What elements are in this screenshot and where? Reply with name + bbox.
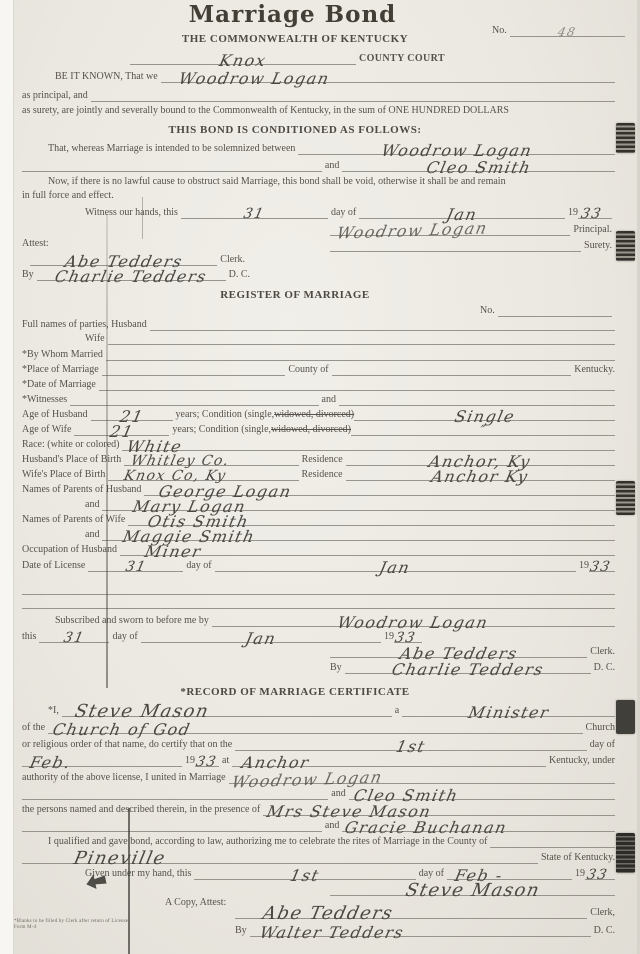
be-it-known-label: BE IT KNOWN, That we bbox=[55, 70, 161, 83]
husband-residence-label: Residence bbox=[299, 453, 346, 466]
cert-dayof-label: day of bbox=[587, 738, 615, 751]
minister-row: *I, Steve Mason a Minister bbox=[48, 702, 615, 717]
county-line-2 bbox=[332, 360, 572, 376]
footnote: *Blanks to be filled by Clerk after retu… bbox=[14, 919, 184, 931]
county-state-row: Pineville State of Kentucky. bbox=[22, 849, 615, 864]
given-year-handwriting: 33 bbox=[585, 869, 609, 882]
place-label: *Place of Marriage bbox=[22, 363, 102, 376]
cert-and-label: and bbox=[328, 787, 348, 800]
bond-deputy-handwriting: Charlie Tedders bbox=[54, 270, 208, 283]
husband-birth-row: Husband's Place of Birth Whitley Co. Res… bbox=[22, 451, 615, 466]
qualified-row: I qualified and gave bond, according to … bbox=[48, 833, 615, 848]
authority-clause: authority of the above license, I united… bbox=[22, 771, 229, 784]
husband-birth-handwriting: Whitley Co. bbox=[130, 455, 231, 468]
void-clause-2: in full force and effect. bbox=[22, 189, 114, 202]
this-label: this bbox=[22, 630, 39, 643]
copy-attest-label: A Copy, Attest: bbox=[165, 896, 226, 909]
mother-husband-and: and bbox=[85, 498, 102, 511]
given-day-line: 1st bbox=[194, 864, 415, 880]
occupation-line: Miner bbox=[120, 540, 615, 556]
register-dc-label: D. C. bbox=[591, 661, 615, 674]
given-year-line: 33 bbox=[585, 864, 615, 880]
license-year-handwriting: 33 bbox=[589, 561, 613, 574]
register-deputy-row: By Charlie Tedders D. C. bbox=[330, 659, 615, 674]
wife-birth-row: Wife's Place of Birth Knox Co, Ky Reside… bbox=[22, 466, 615, 481]
date-of-marriage-row: *Date of Marriage bbox=[22, 376, 615, 391]
cert-deputy-handwriting: Walter Tedders bbox=[259, 926, 406, 939]
given-year-prefix: 19 bbox=[572, 867, 585, 880]
witness2-handwriting: Gracie Buchanan bbox=[344, 821, 509, 834]
given-dayof-label: day of bbox=[416, 867, 447, 880]
father-husband-line: George Logan bbox=[144, 480, 615, 496]
register-heading: REGISTER OF MARRIAGE bbox=[0, 289, 590, 301]
witness-year-handwriting: 33 bbox=[579, 208, 603, 221]
qualified-county-line bbox=[490, 832, 615, 848]
condition-husband-struck: widowed, divorced) bbox=[274, 408, 354, 421]
register-clerk-label: Clerk. bbox=[587, 645, 615, 658]
mother-wife-row: and Maggie Smith bbox=[85, 526, 615, 541]
husband-birth-line: Whitley Co. bbox=[124, 450, 298, 466]
cert-at-label: at bbox=[219, 754, 232, 767]
given-day-handwriting: 1st bbox=[289, 869, 321, 882]
age-wife-label: Age of Wife bbox=[22, 423, 74, 436]
whereas-row: That, whereas Marriage is intended to be… bbox=[48, 140, 615, 155]
of-the-label: of the bbox=[22, 721, 48, 734]
cert-year-handwriting: 33 bbox=[195, 756, 219, 769]
condition-husband-handwriting: Single bbox=[453, 410, 516, 423]
county-court-label: COUNTY COURT bbox=[356, 52, 445, 65]
state-label: State of Kentucky. bbox=[538, 851, 615, 864]
whereas-label: That, whereas Marriage is intended to be… bbox=[48, 142, 298, 155]
license-label: Date of License bbox=[22, 559, 88, 572]
kentucky-under-label: Kentucky, under bbox=[546, 754, 615, 767]
by-whom-line bbox=[106, 345, 615, 361]
cert-day-handwriting: 1st bbox=[395, 740, 427, 753]
cert-place-handwriting: Anchor bbox=[240, 756, 310, 769]
cert-deputy-row: By Walter Tedders D. C. bbox=[235, 922, 615, 937]
minister-name-handwriting: Steve Mason bbox=[74, 705, 211, 718]
mother-wife-line: Maggie Smith bbox=[102, 525, 615, 541]
age-wife-line: 21 bbox=[74, 420, 169, 436]
binding-stub-3 bbox=[616, 481, 635, 515]
bond-clerk-row: Abe Tedders Clerk. bbox=[30, 251, 245, 266]
cert-dc-label: D. C. bbox=[591, 924, 615, 937]
subscribed-row: Subscribed and sworn to before me by Woo… bbox=[55, 612, 615, 627]
cert-year-prefix: 19 bbox=[182, 754, 195, 767]
witness-dayof-label: day of bbox=[328, 206, 359, 219]
conditioned-heading: THIS BOND IS CONDITIONED AS FOLLOWS: bbox=[0, 124, 590, 136]
mother-husband-row: and Mary Logan bbox=[85, 496, 615, 511]
race-line: White bbox=[122, 435, 615, 451]
blank-line-2 bbox=[22, 593, 615, 609]
cert-day-line: 1st bbox=[235, 735, 587, 751]
bond-clerk-line: Abe Tedders bbox=[30, 250, 217, 266]
bond-deputy-line: Charlie Tedders bbox=[37, 265, 226, 281]
sub-dayof-label: day of bbox=[109, 630, 140, 643]
scanned-marriage-bond-document: Marriage Bond No. 48 THE COMMONWEALTH OF… bbox=[0, 0, 640, 954]
groom-line: Woodrow Logan bbox=[298, 139, 615, 155]
binding-stub-1 bbox=[616, 123, 635, 153]
wife-name-row: Wife bbox=[85, 330, 615, 345]
bride-lead-line bbox=[22, 156, 322, 172]
sub-day-line: 31 bbox=[39, 627, 109, 643]
place-line bbox=[102, 360, 286, 376]
cert-by-label: By bbox=[235, 924, 250, 937]
cert-month-line: Feb. bbox=[22, 751, 182, 767]
husband-residence-line: Anchor, Ky bbox=[346, 450, 615, 466]
license-year-prefix: 19 bbox=[576, 559, 589, 572]
certificate-heading: *RECORD OF MARRIAGE CERTIFICATE bbox=[0, 686, 590, 698]
witness-hands-row: Witness our hands, this 31 day of Jan 19… bbox=[85, 204, 612, 219]
by-whom-row: *By Whom Married bbox=[22, 346, 615, 361]
witness-year-line: 33 bbox=[578, 203, 612, 219]
binding-stub-2 bbox=[616, 231, 635, 261]
principal-label: Principal. bbox=[570, 223, 612, 236]
footnote-line2: Form M-4 bbox=[14, 925, 184, 931]
witness2-cert-line: Gracie Buchanan bbox=[342, 816, 615, 832]
register-by-label: By bbox=[330, 661, 345, 674]
cert-month-handwriting: Feb. bbox=[29, 756, 73, 769]
occupation-handwriting: Miner bbox=[143, 545, 202, 558]
groom-handwriting: Woodrow Logan bbox=[380, 144, 534, 157]
cert-clerk-handwriting: Abe Tedders bbox=[262, 907, 395, 920]
witness-day-line: 31 bbox=[181, 203, 328, 219]
principal-signature-handwriting: Woodrow Logan bbox=[336, 221, 489, 239]
subscribed-handwriting: Woodrow Logan bbox=[337, 616, 491, 629]
license-day-handwriting: 31 bbox=[124, 561, 148, 574]
certificate-a-label: a bbox=[392, 704, 402, 717]
condition-husband-label: years; Condition (single, bbox=[173, 408, 275, 421]
cert-place-line: Anchor bbox=[232, 751, 546, 767]
surety-label: Surety. bbox=[581, 239, 612, 252]
sub-month-handwriting: Jan bbox=[244, 632, 278, 645]
subscribed-line: Woodrow Logan bbox=[212, 611, 615, 627]
by-whom-label: *By Whom Married bbox=[22, 348, 106, 361]
witness-month-line: Jan bbox=[359, 203, 565, 219]
commonwealth-heading: THE COMMONWEALTH OF KENTUCKY bbox=[0, 33, 590, 45]
principal-signature-row: Woodrow Logan Principal. bbox=[330, 221, 612, 236]
sub-day-handwriting: 31 bbox=[63, 632, 87, 645]
date-marriage-line bbox=[99, 375, 615, 391]
cert-date-place-row: Feb. 19 33 at Anchor Kentucky, under bbox=[22, 752, 615, 767]
wife-residence-handwriting: Anchor Ky bbox=[430, 470, 530, 483]
wife-birth-line: Knox Co, Ky bbox=[108, 465, 298, 481]
license-month-line: Jan bbox=[215, 556, 576, 572]
blank-rule-2 bbox=[22, 594, 615, 609]
license-month-handwriting: Jan bbox=[379, 561, 413, 574]
register-clerk-handwriting: Abe Tedders bbox=[398, 647, 518, 660]
register-clerk-row: Abe Tedders Clerk. bbox=[330, 643, 615, 658]
be-it-known-row: BE IT KNOWN, That we Woodrow Logan bbox=[55, 68, 615, 83]
cert-deputy-line: Walter Tedders bbox=[250, 921, 591, 937]
minister-title-line: Minister bbox=[402, 701, 615, 717]
minister-title-handwriting: Minister bbox=[467, 706, 550, 719]
license-date-row: Date of License 31 day of Jan 19 33 bbox=[22, 557, 615, 572]
age-wife-row: Age of Wife 21 years; Condition (single,… bbox=[22, 421, 615, 436]
surety-clause: as surety, are jointly and severally bou… bbox=[22, 104, 509, 117]
certify-clause: or religious order of that name, do cert… bbox=[22, 738, 235, 751]
bond-deputy-row: By Charlie Tedders D. C. bbox=[22, 266, 250, 281]
occupation-row: Occupation of Husband Miner bbox=[22, 541, 615, 556]
mother-wife-and: and bbox=[85, 528, 102, 541]
principal-name-line: Woodrow Logan bbox=[161, 67, 615, 83]
as-principal-row: as principal, and bbox=[22, 87, 615, 102]
vertical-crease-lower bbox=[128, 808, 130, 954]
county-line: Knox bbox=[130, 49, 356, 65]
witness1-handwriting: Mrs Steve Mason bbox=[265, 805, 432, 818]
surety-name-line bbox=[91, 86, 615, 102]
principal-signature-line: Woodrow Logan bbox=[330, 220, 570, 236]
cert-county-handwriting: Pineville bbox=[72, 852, 166, 865]
bond-by-label: By bbox=[22, 268, 37, 281]
scan-left-edge bbox=[0, 0, 14, 954]
bond-number-value: 48 bbox=[557, 26, 578, 39]
witness2-line bbox=[339, 390, 615, 406]
principal-name-handwriting: Woodrow Logan bbox=[177, 72, 331, 85]
minister-name-line: Steve Mason bbox=[62, 701, 392, 717]
place-of-marriage-row: *Place of Marriage County of Kentucky. bbox=[22, 361, 615, 376]
presence-clause: the persons named and described therein,… bbox=[22, 803, 263, 816]
binding-stub-4 bbox=[616, 700, 635, 734]
register-clerk-line: Abe Tedders bbox=[330, 642, 587, 658]
cert-groom-line: Woodrow Logan bbox=[229, 768, 615, 784]
cert-bride-handwriting: Cleo Smith bbox=[353, 789, 460, 802]
and-bride-row: and Cleo Smith bbox=[22, 157, 615, 172]
witness-label: Witness our hands, this bbox=[85, 206, 181, 219]
county-court-row: Knox COUNTY COURT bbox=[130, 50, 445, 65]
mother-husband-line: Mary Logan bbox=[102, 495, 615, 511]
license-year-line: 33 bbox=[589, 556, 615, 572]
cert-year-line: 33 bbox=[195, 751, 219, 767]
wife-label: Wife bbox=[85, 332, 108, 345]
binding-stub-5 bbox=[616, 833, 635, 873]
church-handwriting: Church of God bbox=[52, 723, 192, 736]
authority-row: authority of the above license, I united… bbox=[22, 769, 615, 784]
witness-day-handwriting: 31 bbox=[243, 208, 267, 221]
cert-clerk-line: Abe Tedders bbox=[235, 903, 587, 919]
vertical-crease-small bbox=[142, 197, 143, 239]
wife-residence-line: Anchor Ky bbox=[346, 465, 615, 481]
minister-signature-line: Steve Mason bbox=[330, 880, 615, 896]
race-handwriting: White bbox=[126, 440, 184, 453]
minister-signature-row: Steve Mason bbox=[330, 881, 615, 896]
cert-clerk-row: Abe Tedders Clerk, bbox=[235, 904, 615, 919]
wife-birth-label: Wife's Place of Birth bbox=[22, 468, 108, 481]
presence-row: the persons named and described therein,… bbox=[22, 801, 615, 816]
and-label: and bbox=[322, 159, 342, 172]
condition-wife-line: ″ bbox=[351, 420, 615, 436]
minister-signature-handwriting: Steve Mason bbox=[404, 884, 541, 897]
cert-county-line: Pineville bbox=[22, 848, 538, 864]
father-wife-line: Otis Smith bbox=[128, 510, 615, 526]
given-row: Given under my hand, this 1st day of Feb… bbox=[85, 865, 615, 880]
condition-husband-line: Single bbox=[354, 405, 615, 421]
witnesses-row: *Witnesses and bbox=[22, 391, 615, 406]
attest-label: Attest: bbox=[22, 237, 49, 250]
age-husband-row: Age of Husband 21 years; Condition (sing… bbox=[22, 406, 615, 421]
county-handwriting: Knox bbox=[218, 54, 268, 67]
witnesses-and-label: and bbox=[319, 393, 339, 406]
age-husband-line: 21 bbox=[91, 405, 173, 421]
parents-wife-row: Names of Parents of Wife Otis Smith bbox=[22, 511, 615, 526]
subscribed-label: Subscribed and sworn to before me by bbox=[55, 614, 212, 627]
register-deputy-line: Charlie Tedders bbox=[345, 658, 591, 674]
witness-year-prefix: 19 bbox=[565, 206, 578, 219]
cert-clerk-label: Clerk, bbox=[587, 906, 615, 919]
certificate-i-label: *I, bbox=[48, 704, 62, 717]
wife-name-line bbox=[108, 329, 615, 345]
as-principal-label: as principal, and bbox=[22, 89, 91, 102]
bride-handwriting: Cleo Smith bbox=[425, 161, 532, 174]
church-label: Church bbox=[583, 721, 615, 734]
witnesses-label: *Witnesses bbox=[22, 393, 70, 406]
given-month-line: Feb - bbox=[447, 864, 572, 880]
bond-dc-label: D. C. bbox=[226, 268, 250, 281]
register-deputy-handwriting: Charlie Tedders bbox=[390, 663, 544, 676]
cert-bride-line: Cleo Smith bbox=[349, 784, 615, 800]
